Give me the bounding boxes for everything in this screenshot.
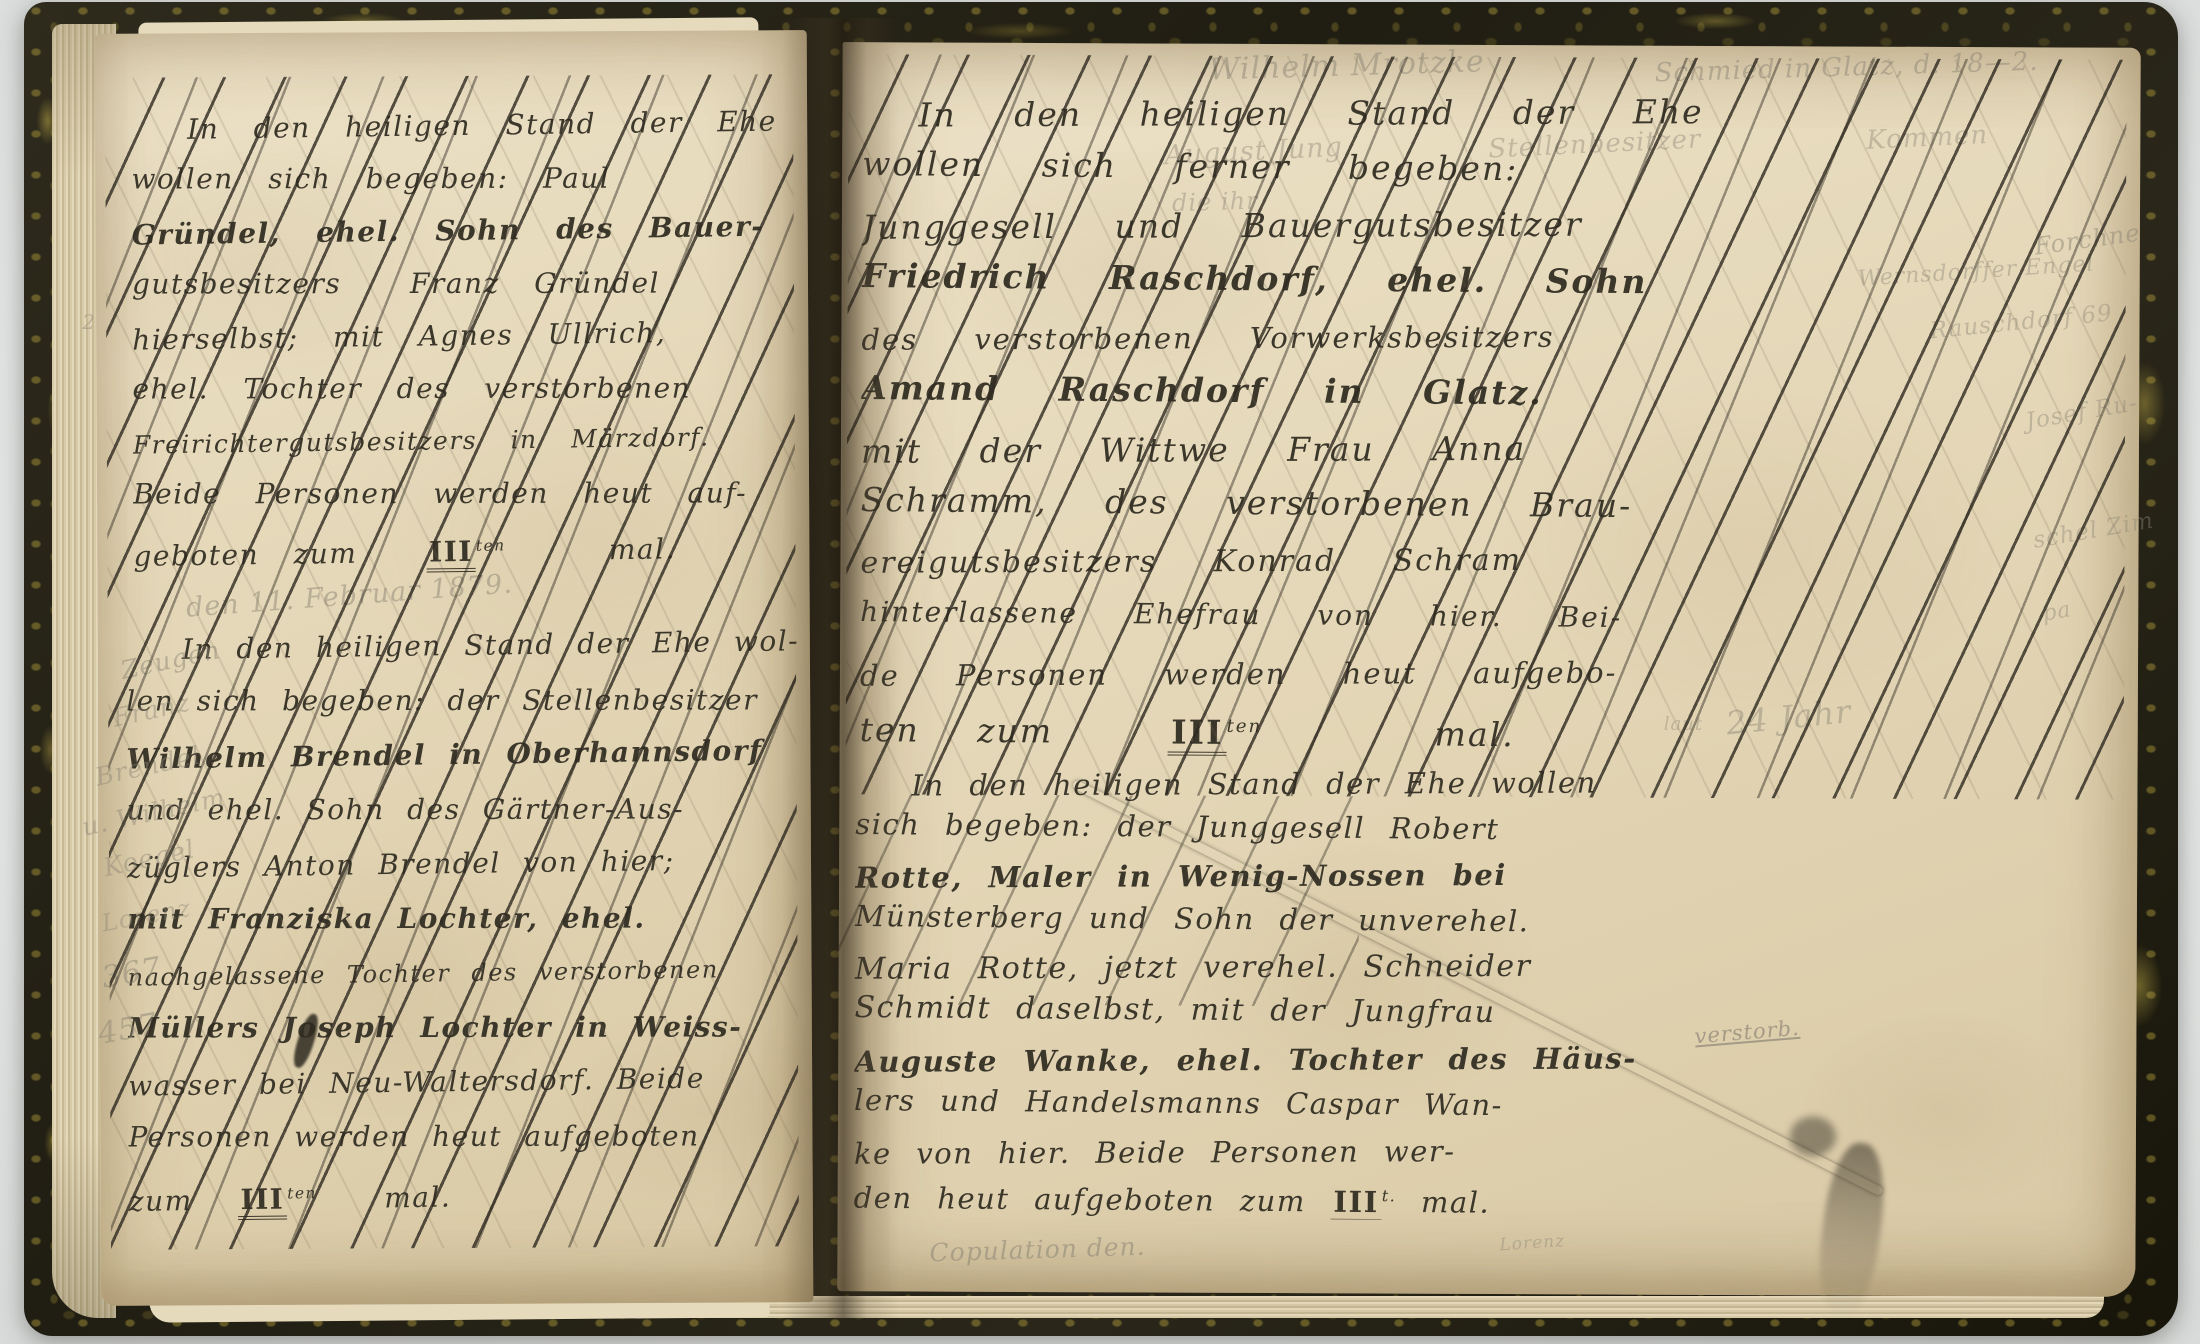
manuscript-line: In den heiligen Stand der Ehe [131, 98, 799, 157]
manuscript-line: hierselbst; mit Agnes Ullrich, [132, 305, 801, 367]
manuscript-line: Wilhelm Brendel in Oberhannsdorf [126, 723, 807, 787]
manuscript-line: mit der Wittwe Frau Anna [861, 418, 2129, 480]
pencil-margin-note: pa [2040, 597, 2073, 627]
manuscript-line: Freirichtergutsbesitzers in Märzdorf. [132, 410, 801, 472]
line-prefix: zum [129, 1183, 238, 1218]
manuscript-line: nachgelassene Tochter des verstorbenen [127, 941, 808, 1005]
pencil-bottom-small-note: Lorenz [1499, 1231, 1566, 1255]
manuscript-line: len sich begeben: der Stellenbesitzer [126, 673, 806, 729]
banns-entry-gruendel-ullrich: In den heiligen Stand der Ehe wollen sic… [131, 98, 801, 574]
manuscript-line: Schramm, des verstorbenen Brau- [861, 472, 2129, 538]
manuscript-line: Maria Rotte, jetzt verehel. Schneider [855, 941, 2131, 993]
manuscript-line: Müllers Joseph Lochter in Weiss- [128, 1000, 808, 1056]
banns-entry-brendel-lochter: In den heiligen Stand der Ehe wol- len s… [126, 617, 809, 1220]
right-page: Wilhelm Mrotzke Schmied in Glatz, d. 18—… [837, 42, 2140, 1297]
scan-background: In den heiligen Stand der Ehe wollen sic… [0, 0, 2200, 1344]
manuscript-line-banns-count: ten zum IIIten mal. [860, 696, 2128, 760]
pencil-occupation-note: Schmied in Glatz, d. 18—2. [1654, 47, 2039, 89]
manuscript-line: Personen werden heut aufgeboten [128, 1109, 808, 1165]
manuscript-line: wasser bei Neu-Waltersdorf. Beide [128, 1050, 809, 1114]
manuscript-line: Rotte, Maler in Wenig-Nossen bei [855, 849, 2131, 901]
left-page: In den heiligen Stand der Ehe wollen sic… [95, 30, 814, 1306]
manuscript-line: In den heiligen Stand der Ehe [862, 82, 2130, 144]
manuscript-line: Amand Raschdorf in Glatz. [861, 360, 2129, 426]
manuscript-line: Auguste Wanke, ehel. Tochter des Häus- [854, 1033, 2130, 1085]
line-prefix: den heut aufgeboten zum [854, 1181, 1331, 1219]
manuscript-line: lers und Handelsmanns Caspar Wan- [854, 1077, 2130, 1133]
roman-numeral-III: III [426, 535, 476, 573]
line-prefix: geboten zum [133, 536, 426, 573]
manuscript-line: Münsterberg und Sohn der unverehel. [855, 893, 2131, 949]
manuscript-line: In den heiligen Stand der Ehe wol- [126, 617, 806, 678]
manuscript-line-banns-count: den heut aufgeboten zum IIIt. mal. [854, 1169, 2130, 1223]
line-prefix: ten zum [860, 710, 1169, 751]
manuscript-line: Beide Personen werden heut auf- [133, 467, 801, 521]
manuscript-line: In den heiligen Stand der Ehe wollen [855, 757, 2131, 809]
manuscript-line: züglers Anton Brendel von hier; [127, 832, 808, 896]
manuscript-line: ereigutsbesitzers Konrad Schram [860, 530, 2128, 592]
line-suffix: mal. [317, 1181, 452, 1216]
line-suffix: mal. [1396, 1185, 1490, 1220]
pencil-copulation-note: Copulation den. [929, 1232, 1146, 1268]
roman-numeral-III: III [237, 1183, 287, 1220]
line-suffix: mal. [1262, 713, 1515, 754]
ordinal-suffix: t. [1382, 1186, 1397, 1205]
ink-smear-blob [1790, 1116, 1836, 1156]
manuscript-line: hinterlassene Ehefrau von hier. Bei- [860, 584, 2128, 650]
manuscript-line: gutsbesitzers Franz Gründel [132, 257, 800, 311]
ordinal-suffix: ten [476, 536, 506, 554]
manuscript-line: Junggesell und Bauergutsbesitzer [862, 194, 2130, 256]
manuscript-line: wollen sich begeben: Paul [131, 152, 799, 206]
manuscript-line: wollen sich ferner begeben: [862, 136, 2130, 202]
pencil-date-note: den 11. Februar 1879. [185, 568, 514, 623]
manuscript-line: ehel. Tochter des verstorbenen [132, 362, 800, 416]
manuscript-line: sich begeben: der Junggesell Robert [855, 801, 2131, 857]
register-book-cover: In den heiligen Stand der Ehe wollen sic… [24, 2, 2178, 1336]
manuscript-line: ke von hier. Beide Personen wer- [854, 1125, 2130, 1177]
roman-numeral-III: III [1168, 712, 1227, 755]
roman-numeral-III: III [1330, 1184, 1382, 1222]
manuscript-line: mit Franziska Lochter, ehel. [127, 891, 807, 947]
manuscript-line: und ehel. Sohn des Gärtner-Aus- [127, 782, 807, 838]
pencil-edge-mark: 2 [82, 310, 96, 334]
ordinal-suffix: ten [287, 1184, 317, 1202]
pencil-name-note: Wilhelm Mrotzke [1208, 44, 1485, 87]
manuscript-line: Gründel, ehel. Sohn des Bauer- [131, 200, 800, 262]
ordinal-suffix: ten [1226, 716, 1262, 737]
manuscript-line-banns-count: geboten zum IIIten mal. [133, 515, 801, 574]
manuscript-line-banns-count: zum IIIten mal. [128, 1159, 808, 1220]
manuscript-line: de Personen werden heut aufgebo- [860, 642, 2128, 704]
banns-entry-raschdorf-schramm: In den heiligen Stand der Ehe wollen sic… [860, 82, 2131, 760]
pencil-age-note-laut: laut [1664, 714, 1703, 735]
line-suffix: mal. [505, 532, 676, 567]
